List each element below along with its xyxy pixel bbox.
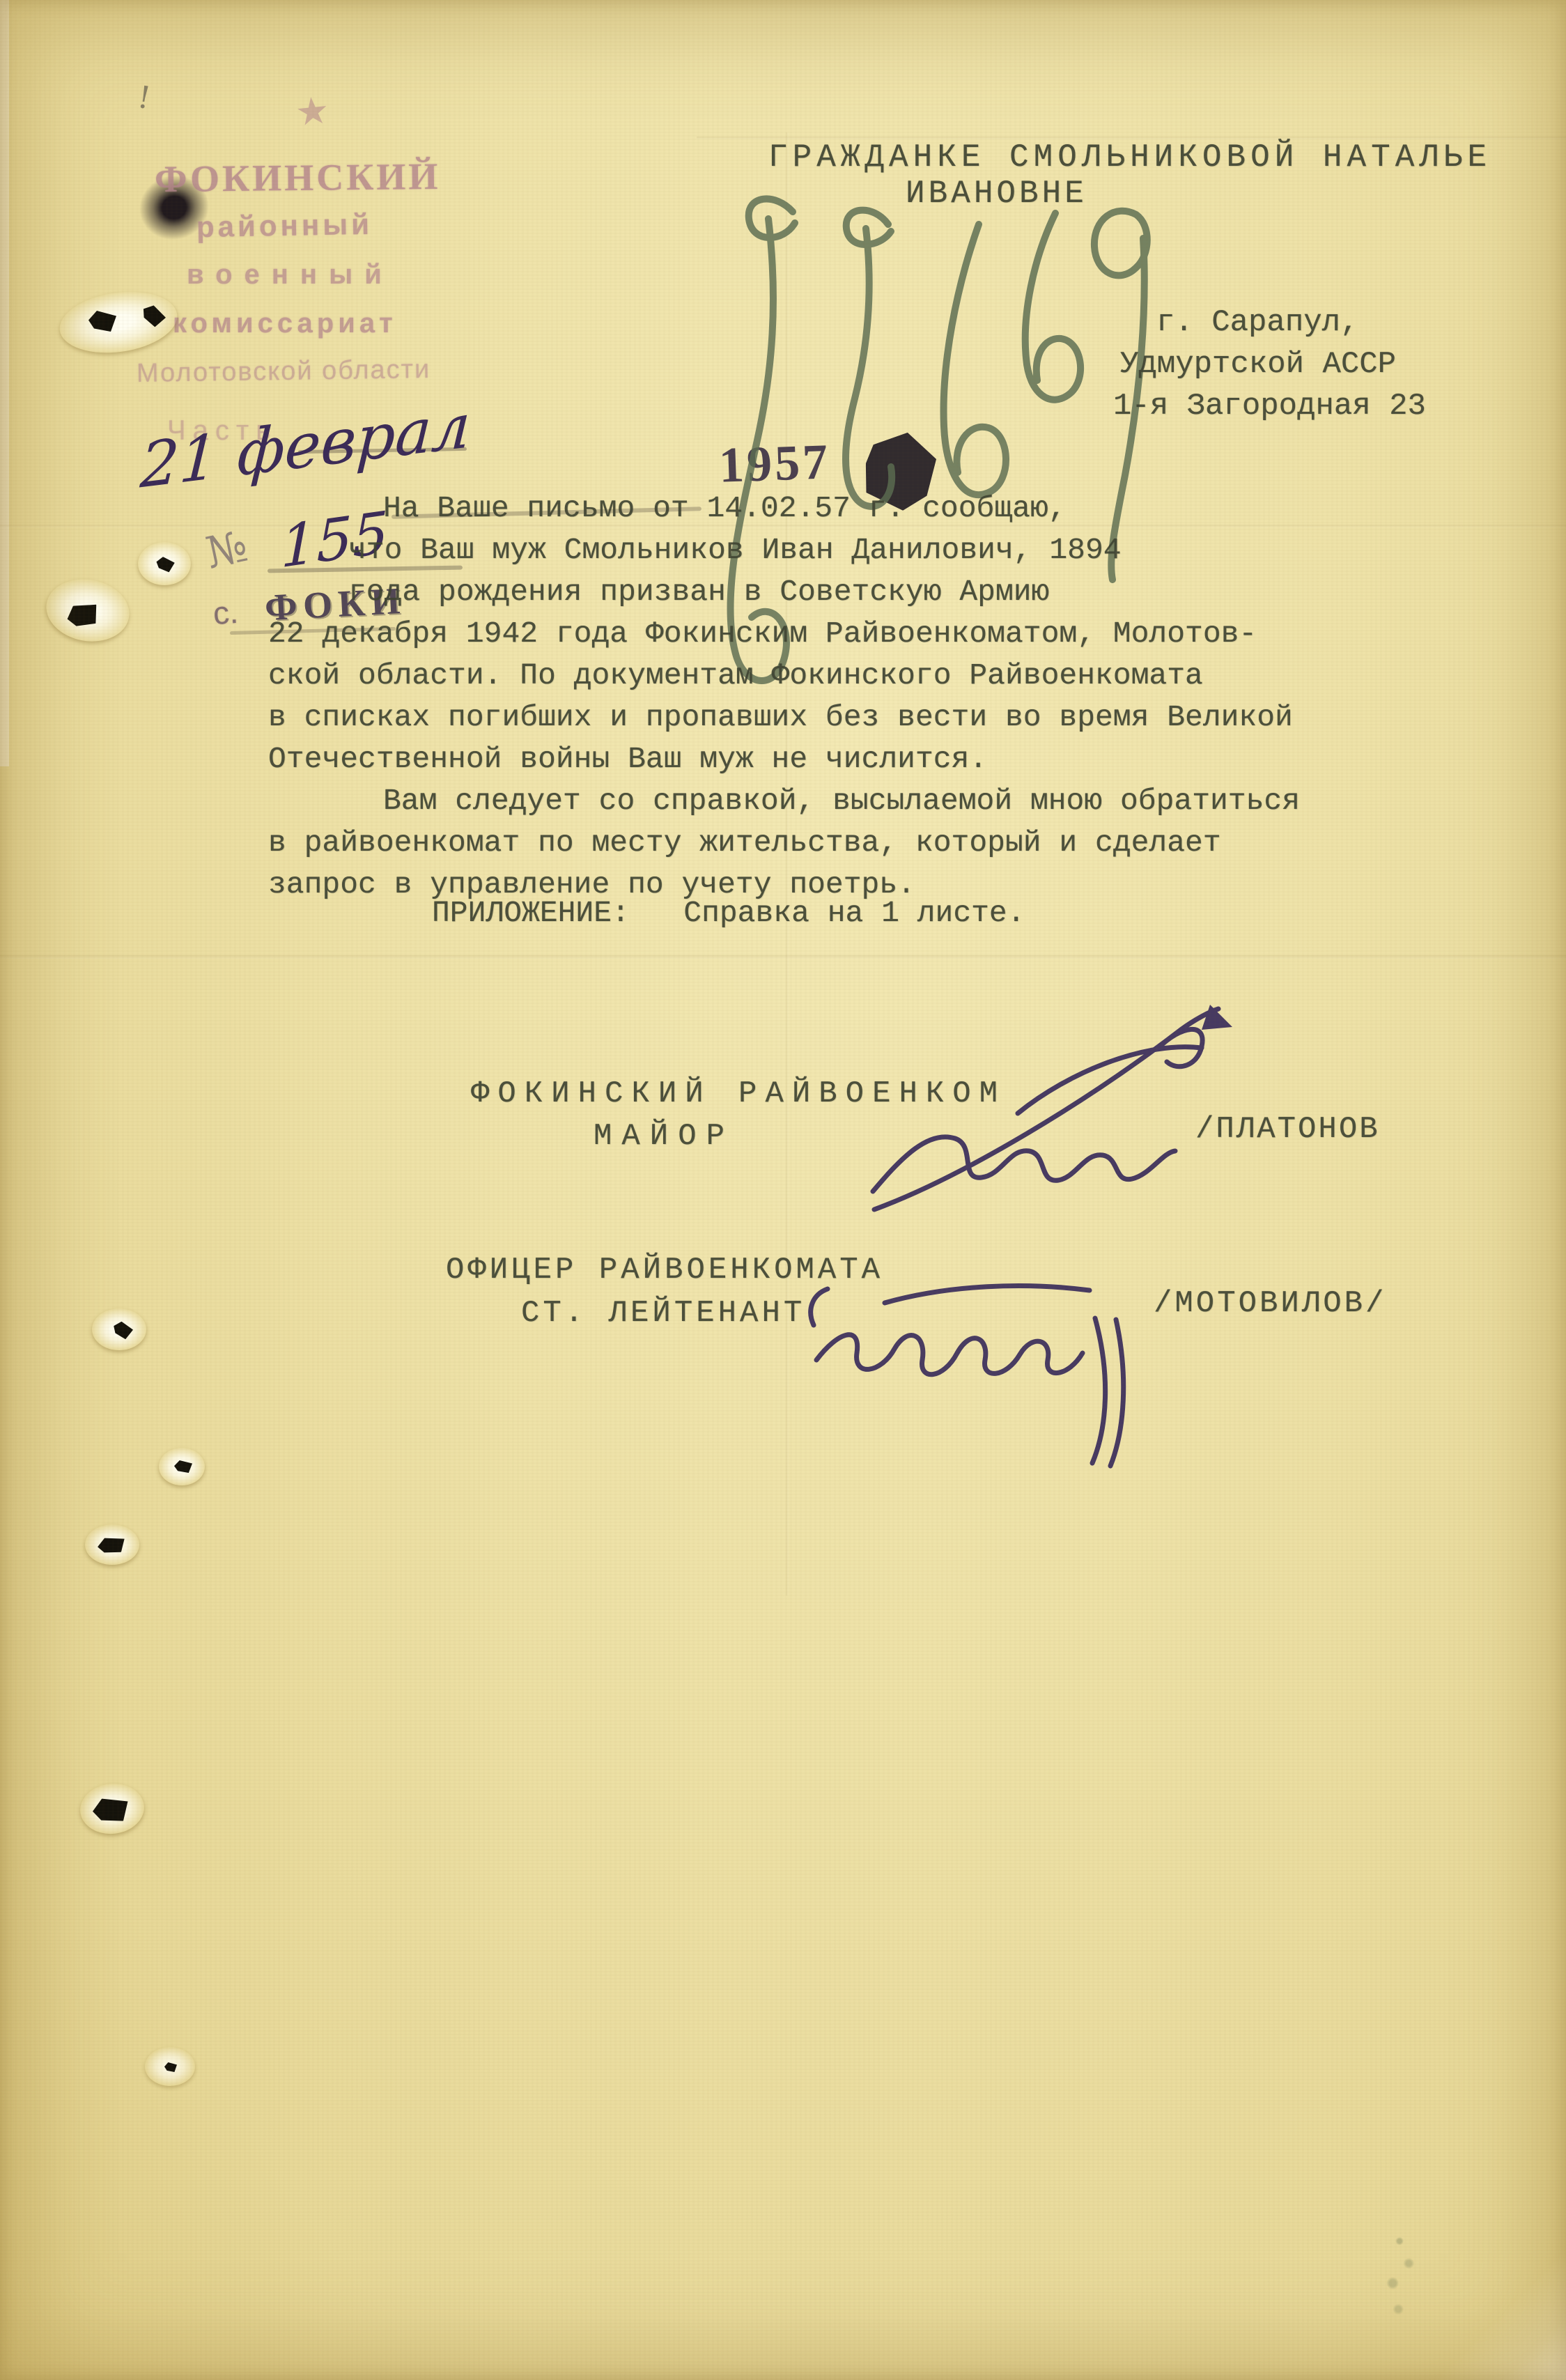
address-region: Удмуртской АССР <box>1120 347 1396 382</box>
stamp-line-raionny: районный <box>196 208 373 244</box>
paper-hole <box>145 2047 195 2086</box>
scan-edge-highlight <box>0 0 9 766</box>
stamp-line-oblast: Молотовской области <box>137 355 431 389</box>
paper-hole <box>92 1308 146 1350</box>
stamp-number-sign: № <box>201 520 252 579</box>
body-line: 22 декабря 1942 года Фокинским Райвоенко… <box>268 613 1383 655</box>
paper-hole <box>59 293 178 352</box>
body-line: Отечественной войны Ваш муж не числится. <box>268 739 1383 780</box>
body-line: На Ваше письмо от 14.02.57 г. сообщаю, <box>268 488 1383 530</box>
letter-body: На Ваше письмо от 14.02.57 г. сообщаю, ч… <box>268 488 1383 906</box>
signature2-rank: СТ. ЛЕЙТЕНАНТ <box>521 1296 805 1331</box>
body-line: года рождения призван в Советскую Армию <box>268 571 1383 613</box>
signature1-rank: МАЙОР <box>594 1119 734 1154</box>
paper-hole <box>46 580 130 641</box>
handwritten-date: 21 феврал <box>139 389 472 502</box>
signature1-ink <box>853 981 1243 1221</box>
paper-hole <box>80 1784 144 1834</box>
body-line: Вам следует со справкой, высылаемой мною… <box>268 780 1383 822</box>
recipient-line-1: ГРАЖДАНКЕ СМОЛЬНИКОВОЙ НАТАЛЬЕ <box>768 139 1491 176</box>
address-street: 1-я Загородная 23 <box>1113 389 1426 424</box>
body-line: в райвоенкомат по месту жительства, кото… <box>268 822 1383 864</box>
signature2-ink <box>796 1221 1214 1475</box>
corner-curl <box>1413 2241 1566 2380</box>
stamp-star-icon: ★ <box>293 74 331 142</box>
attachment-line: ПРИЛОЖЕНИЕ: Справка на 1 листе. <box>432 896 1025 930</box>
stamp-line-district-name: ФОКИНСКИЙ <box>155 155 441 201</box>
fold-crease-lower <box>0 955 1566 959</box>
paper-hole <box>159 1448 205 1485</box>
body-line: ской области. По документам Фокинского Р… <box>268 655 1383 697</box>
body-line: в списках погибших и пропавших без вести… <box>268 697 1383 739</box>
body-line: что Ваш муж Смольников Иван Данилович, 1… <box>268 530 1383 571</box>
address-city: г. Сарапул, <box>1156 305 1358 340</box>
paper-hole <box>85 1524 139 1565</box>
paper-hole <box>138 542 191 585</box>
stamp-line-komissariat: комиссариат <box>173 308 397 339</box>
ink-exclamation-mark: ! <box>135 79 153 116</box>
scanned-letter-page: ! ★ ФОКИНСКИЙ районный военный комиссари… <box>0 0 1566 2380</box>
stamp-line-voenny: военный <box>187 259 394 291</box>
stamp-foki-prefix: с. <box>212 593 239 632</box>
